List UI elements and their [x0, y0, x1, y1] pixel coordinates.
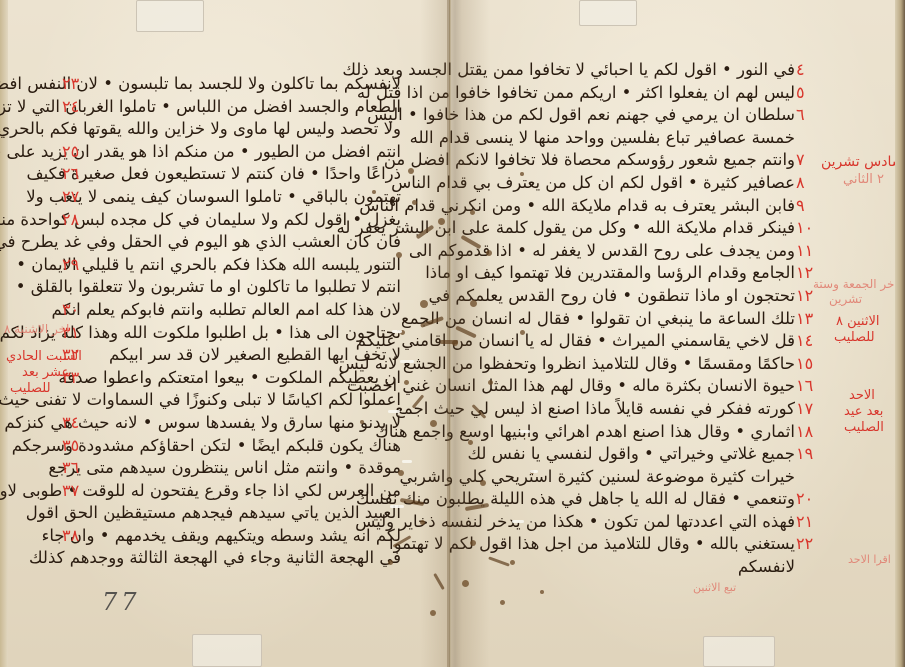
marginal-note-left-3: عشر بعد: [22, 365, 69, 380]
paint-fleck: [392, 330, 402, 333]
marginal-note-right-5: الاثنين ٨: [836, 314, 880, 329]
right-page-text: في النور • اقول لكم يا احبائي لا تخافوا …: [495, 59, 795, 579]
ink-stain: [462, 580, 469, 587]
folio-number: 77: [102, 588, 141, 616]
manuscript-line: وتنعمي • فقال له الله يا جاهل في هذه الل…: [495, 488, 795, 511]
verse-number: ٤: [796, 59, 826, 82]
verse-number: ٢٤: [62, 96, 102, 119]
manuscript-line: تحتجون او ماذا تنطقون • فان روح القدس يع…: [495, 285, 795, 308]
manuscript-line: الجامع وقدام الرؤسا والمقتدرين فلا تهتمو…: [495, 262, 795, 285]
paint-fleck: [530, 470, 538, 473]
marginal-note-right-10: اقرا الاحد: [848, 552, 891, 567]
verse-number: ٣٥: [62, 435, 102, 458]
right-verse-numbers: ٤٥٦٧٨٩١٠١١١٢١٢١٣١٤١٥١٦١٧١٨١٩٢٠٢١٢٢: [796, 59, 826, 579]
verse-number: ١٣: [796, 308, 826, 331]
ink-stain: [398, 470, 404, 476]
verse-number: ٣٧: [62, 480, 102, 503]
right-page: في النور • اقول لكم يا احبائي لا تخافوا …: [450, 0, 905, 667]
manuscript-line: فينكر قدام ملايكة الله • وكل من يقول كلم…: [495, 217, 795, 240]
paint-fleck: [512, 520, 524, 523]
ink-stain: [430, 610, 436, 616]
manuscript-line: عصافير كثيرة • اقول لكم ان كل من يعترف ب…: [495, 172, 795, 195]
verse-number: ٢١: [796, 511, 826, 534]
manuscript-line: العبيد الذين ياتي سيدهم فيجدهم مستيقظين …: [61, 502, 401, 525]
manuscript-line: انتم افضل من الطيور • من منكم اذا هو يقد…: [61, 141, 401, 164]
ink-stain: [404, 380, 409, 385]
verse-number: ١٥: [796, 353, 826, 376]
manuscript-line: ليس لهم ان يفعلوا اكثر • اريكم ممن تخافو…: [495, 82, 795, 105]
verse-number: ٥: [796, 82, 826, 105]
tape-bottom-right: [703, 636, 775, 667]
verse-number: ٢٠: [796, 488, 826, 511]
manuscript-line: لكم انه يشد وسطه ويتكيهم ويقف يخدمهم • و…: [61, 525, 401, 548]
manuscript-line: خيرات كثيرة موضوعة لسنين كثيرة استريحي ك…: [495, 466, 795, 489]
verse-number: ١٩: [796, 443, 826, 466]
paint-fleck: [520, 430, 530, 433]
marginal-note-right-3: اخر الجمعة وستة: [813, 277, 898, 292]
verse-number: ٣٠: [62, 299, 102, 322]
verse-number: ٢٨: [62, 209, 102, 232]
marginal-note-right-11: تبع الاثنين: [693, 580, 736, 595]
ink-stain: [488, 380, 493, 385]
ink-stain: [396, 252, 402, 258]
manuscript-line: فابن البشر يعترف به قدام ملايكة الله • و…: [495, 195, 795, 218]
manuscript-line: جميع غلاتي وخيراتي • واقول لنفسي يا نفس …: [495, 443, 795, 466]
verse-number: [62, 389, 102, 412]
manuscript-line: سلطان ان يرمي في جهنم نعم اقول لكم من هذ…: [495, 104, 795, 127]
manuscript-line: ولا تحصد وليس لها ماوى ولا خزاين والله ي…: [61, 118, 401, 141]
ink-stain: [470, 300, 477, 307]
verse-number: [62, 231, 102, 254]
ink-stain: [430, 420, 437, 427]
manuscript-line: كورته ففكر في نفسه قايلاً ماذا اصنع اذ ل…: [495, 398, 795, 421]
manuscript-line: حيوة الانسان بكثرة ماله • وقال لهم هذا ا…: [495, 375, 795, 398]
marginal-note-right-4: تشرين: [829, 292, 862, 307]
manuscript-line: تهتمون بالباقي • تاملوا السوسان كيف ينمى…: [61, 186, 401, 209]
paint-fleck: [388, 410, 400, 413]
marginal-note-right-7: الاحد: [849, 388, 875, 403]
verse-number: ٦: [796, 104, 826, 127]
verse-number: [62, 276, 102, 299]
verse-number: ١٨: [796, 421, 826, 444]
verse-number: ٢٢: [796, 533, 826, 556]
verse-number: ١١: [796, 240, 826, 263]
paint-fleck: [390, 505, 404, 508]
verse-number: [796, 466, 826, 489]
verse-number: [62, 547, 102, 570]
verse-number: ٢٥: [62, 141, 102, 164]
manuscript-line: لا يدنو منها سارق ولا يفسدها سوس • لانه …: [61, 412, 401, 435]
manuscript-line: في الهجعة الثانية وجاء في الهجعة الثالثة…: [61, 547, 401, 570]
marginal-note-left-4: للصليب: [10, 381, 51, 396]
manuscript-line: هناك يكون قلبكم ايضًا • لتكن احقاؤكم مشد…: [61, 435, 401, 458]
verse-number: [62, 502, 102, 525]
ink-stain: [420, 300, 428, 308]
verse-number: ٢٧: [62, 186, 102, 209]
ink-stain: [510, 560, 515, 565]
manuscript-line: خمسة عصافير تباع بفلسين وواحد منها لا ين…: [495, 127, 795, 150]
manuscript-line: موقدة • وانتم مثل اناس ينتظرون سيدهم متى…: [61, 457, 401, 480]
manuscript-line: في النور • اقول لكم يا احبائي لا تخافوا …: [495, 59, 795, 82]
manuscript-line: اثماري • وقال هذا اصنع اهدم اهرائي وابني…: [495, 421, 795, 444]
ink-stain: [468, 440, 473, 445]
book-gutter: [420, 0, 490, 667]
ink-stain: [540, 590, 544, 594]
ink-stain: [372, 190, 376, 194]
manuscript-spread: لانفسكم بما تاكلون ولا للجسد بما تلبسون …: [0, 0, 905, 667]
ink-stain: [408, 168, 414, 174]
manuscript-line: انتم لا تطلبوا ما تاكلون او ما تشربون ول…: [61, 276, 401, 299]
verse-number: [796, 127, 826, 150]
paint-fleck: [400, 360, 414, 363]
manuscript-line: الطعام والجسد افضل من اللباس • تاملوا ال…: [61, 96, 401, 119]
ink-stain: [500, 600, 505, 605]
manuscript-line: حاكمًا ومقسمًا • وقال للتلاميذ انظروا وت…: [495, 353, 795, 376]
ink-stain: [470, 540, 476, 546]
manuscript-line: وانتم جميع شعور رؤوسكم محصاة فلا تخافوا …: [495, 149, 795, 172]
verse-number: ٣٨: [62, 525, 102, 548]
manuscript-line: لان هذا كله امم العالم تطلبه وانتم فابوك…: [61, 299, 401, 322]
ink-stain: [486, 250, 492, 256]
manuscript-line: فهذه التي اعددتها لمن تكون • هكذا من يدخ…: [495, 511, 795, 534]
ink-stain: [360, 420, 364, 424]
marginal-note-right-2: ٢ الثاني: [843, 172, 884, 187]
marginal-note-right-6: للصليب: [834, 330, 875, 345]
verse-number: [796, 556, 826, 579]
manuscript-line: تحتاجون الى هذا • بل اطلبوا ملكوت الله و…: [61, 322, 401, 345]
marginal-note-right-1: سادس تشرين: [821, 155, 903, 170]
verse-number: ٣٦: [62, 457, 102, 480]
verse-number: ٨: [796, 172, 826, 195]
manuscript-line: من العرس لكي اذا جاء وقرع يفتحون له للوق…: [61, 480, 401, 503]
spine-fold: [447, 0, 450, 667]
left-page-text: لانفسكم بما تاكلون ولا للجسد بما تلبسون …: [61, 73, 401, 570]
verse-number: ٣٤: [62, 412, 102, 435]
verse-number: ١٦: [796, 375, 826, 398]
manuscript-line: يستغني بالله • وقال للتلاميذ من اجل هذا …: [495, 533, 795, 556]
manuscript-line: ذراعًا واحدًا • فان كنتم لا تستطيعون فعل…: [61, 163, 401, 186]
marginal-note-left-1: اخر الاشنية ٨: [4, 322, 69, 337]
verse-number: ١٤: [796, 330, 826, 353]
ink-stain: [470, 210, 475, 215]
marginal-note-left-2: السبت الحادي: [6, 349, 82, 364]
verse-number: ١٧: [796, 398, 826, 421]
ink-stain: [388, 560, 393, 565]
verse-number: [62, 118, 102, 141]
verse-number: ٩: [796, 195, 826, 218]
verse-number: ٢٣: [62, 73, 102, 96]
ink-stain: [412, 200, 417, 205]
verse-number: ٢٦: [62, 163, 102, 186]
ink-stain: [438, 218, 445, 225]
ink-stain: [520, 172, 524, 176]
manuscript-line: لانفسكم: [495, 556, 795, 579]
verse-number: ٢٩: [62, 254, 102, 277]
manuscript-line: ومن يجدف على روح القدس لا يغفر له • اذا …: [495, 240, 795, 263]
manuscript-line: قل لاخي يقاسمني الميراث • فقال له يا انس…: [495, 330, 795, 353]
paint-fleck: [402, 460, 412, 463]
ink-stain: [420, 520, 425, 525]
ink-streak: [440, 340, 458, 344]
marginal-note-right-9: الصليب: [844, 420, 884, 435]
marginal-note-right-8: بعد عيد: [844, 404, 883, 419]
tape-top-right: [579, 0, 637, 26]
tape-bottom-left: [192, 634, 262, 667]
tape-top-left: [136, 0, 204, 32]
manuscript-line: تلك الساعة ما ينبغي ان تقولوا • فقال له …: [495, 308, 795, 331]
ink-stain: [520, 330, 525, 335]
manuscript-line: التنور يلبسه الله هكذا فكم بالحري انتم ي…: [61, 254, 401, 277]
verse-number: ١٠: [796, 217, 826, 240]
ink-stain: [480, 480, 486, 486]
